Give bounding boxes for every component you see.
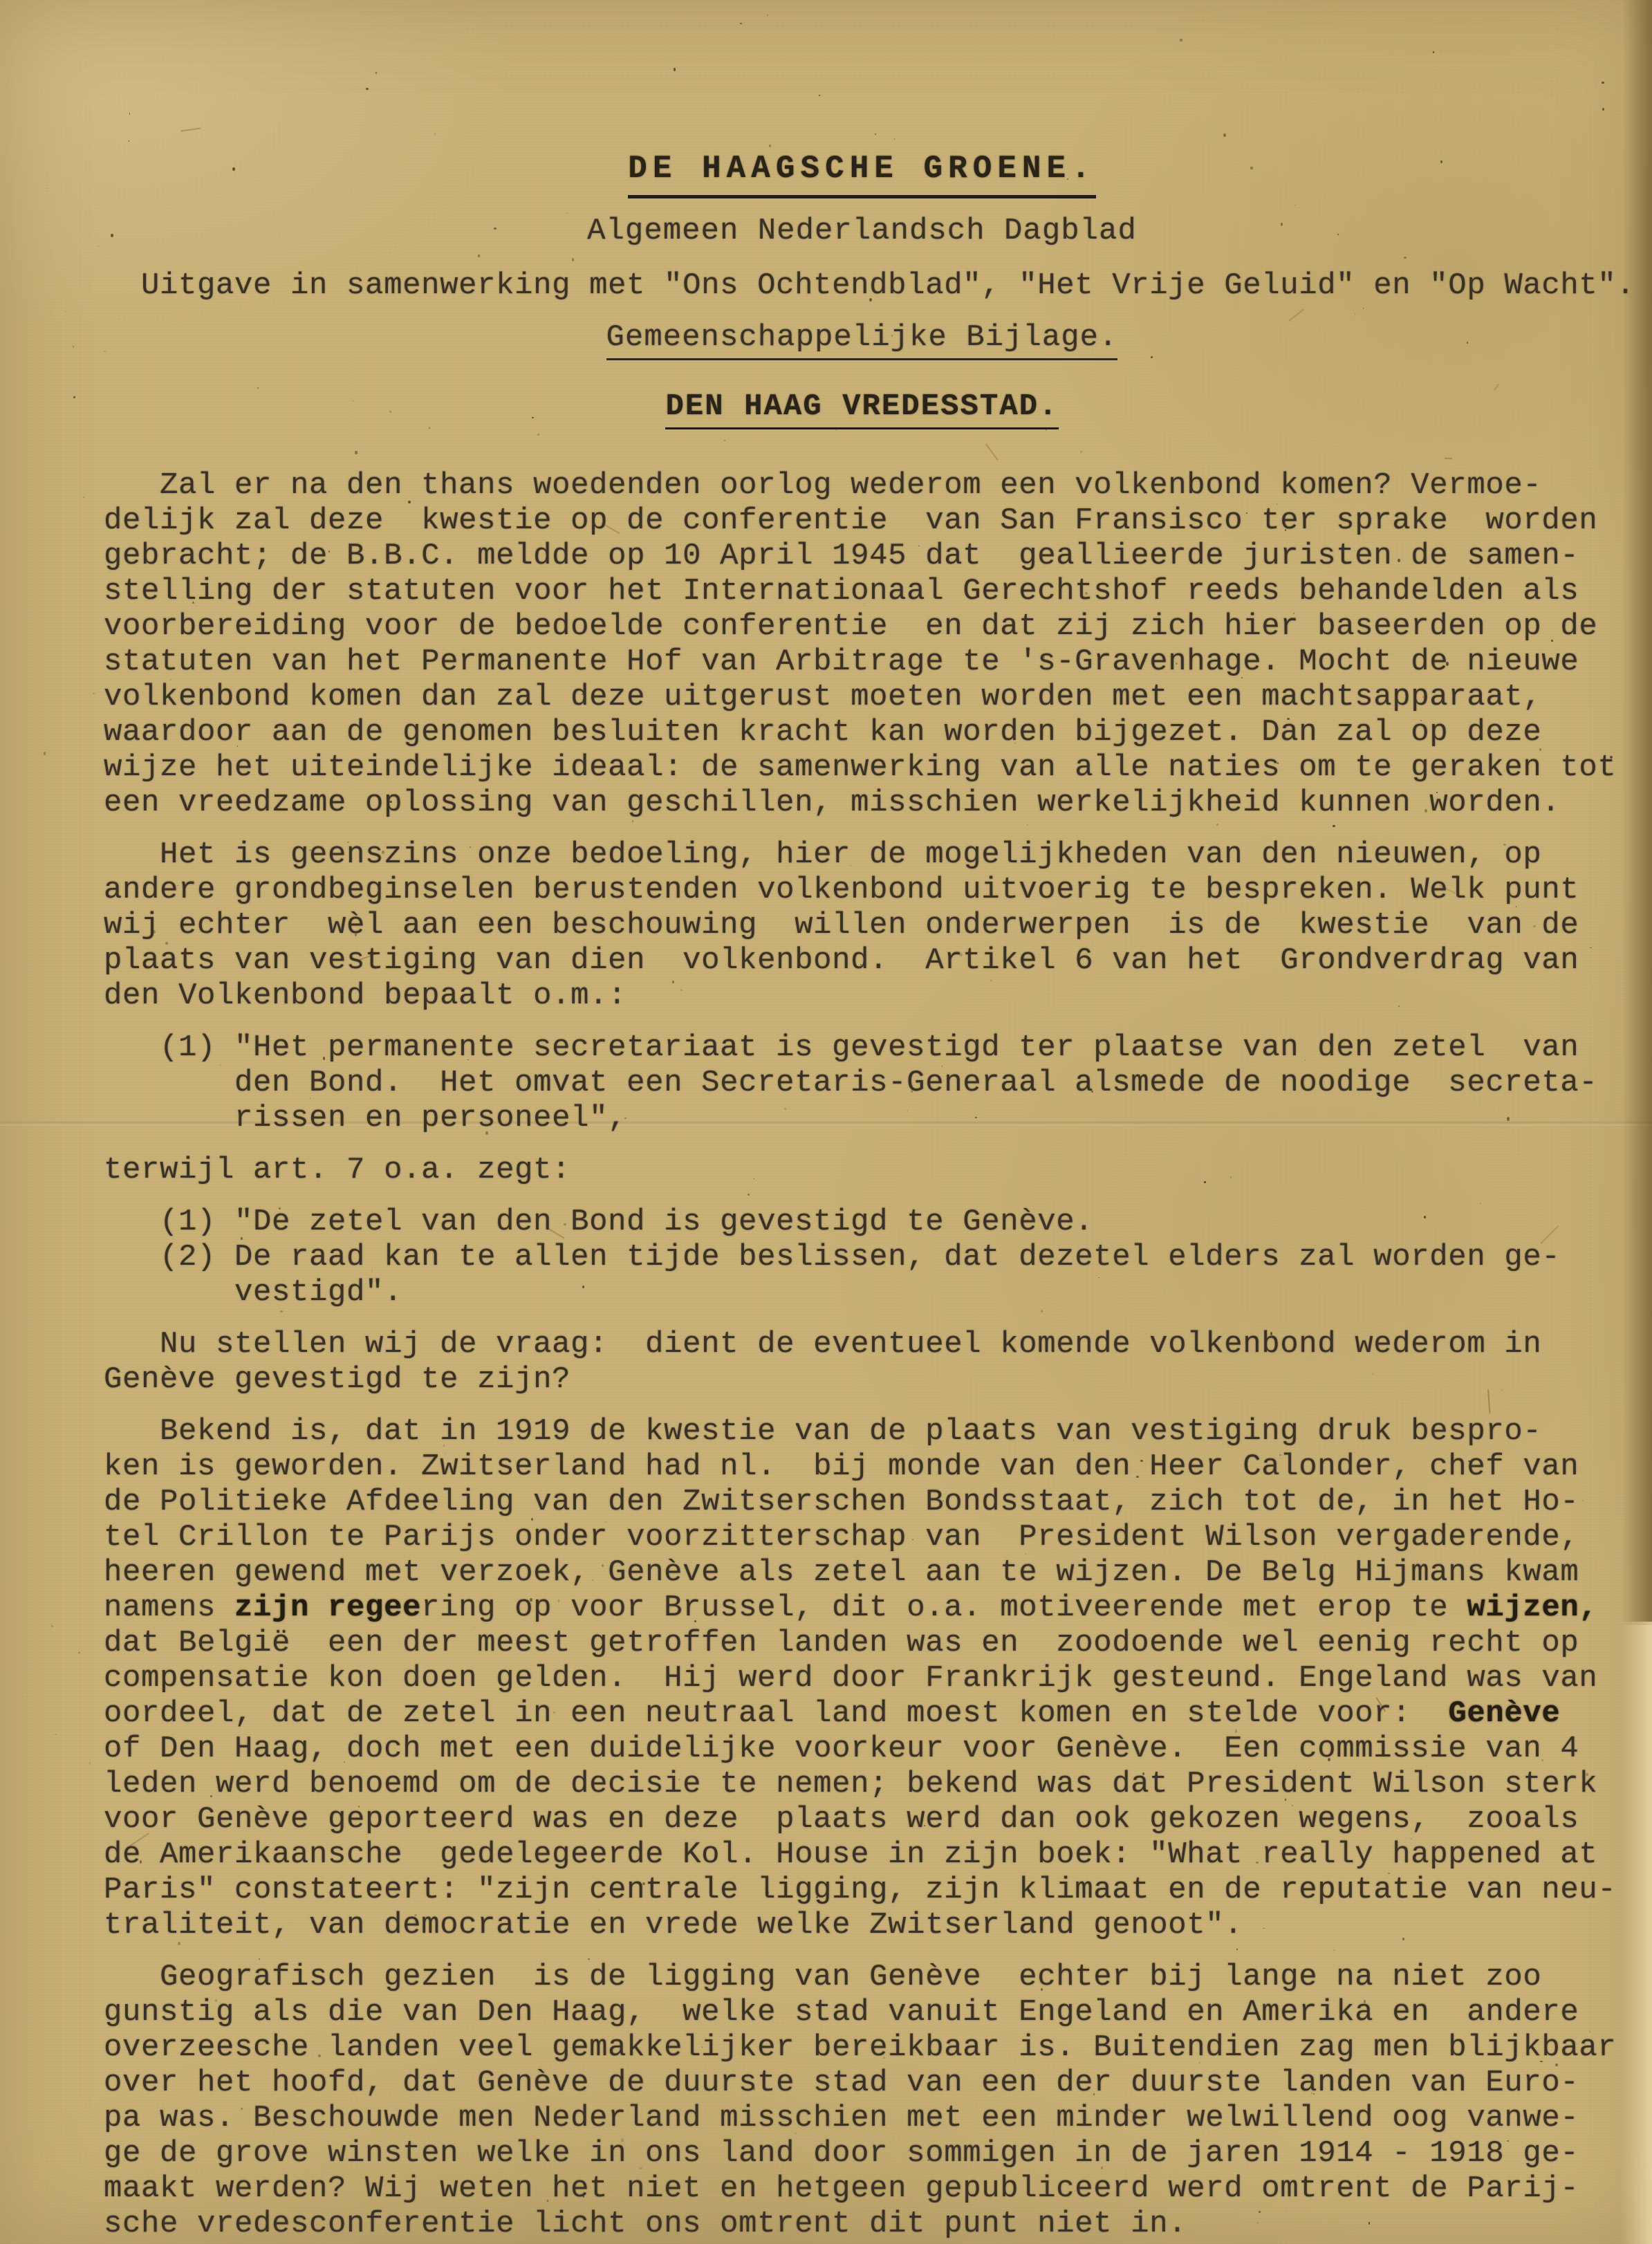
text-line: (1) "De zetel van den Bond is gevestigd … (104, 1205, 1620, 1240)
text-line: oordeel, dat de zetel in een neutraal la… (104, 1696, 1620, 1732)
newspaper-title: DE HAAGSCHE GROENE. (104, 147, 1620, 198)
text-line: de Amerikaansche gedelegeerde Kol. House… (104, 1837, 1620, 1873)
text-line: ken is geworden. Zwitserland had nl. bij… (104, 1449, 1620, 1485)
text-line: rissen en personeel", (104, 1101, 1620, 1136)
text-line: namens zijn regeering op voor Brussel, d… (104, 1591, 1620, 1626)
text-line: waardoor aan de genomen besluiten kracht… (104, 715, 1620, 750)
text-line: delijk zal deze kwestie op de conferenti… (104, 503, 1620, 539)
overstruck-bold-text: wijzen, (1467, 1591, 1597, 1625)
text-line: andere grondbeginselen berustenden volke… (104, 873, 1620, 908)
text-line: vestigd". (104, 1275, 1620, 1310)
text-line: heeren gewend met verzoek, Genève als ze… (104, 1555, 1620, 1591)
paragraph: Nu stellen wij de vraag: dient de eventu… (104, 1327, 1620, 1398)
paragraph: Zal er na den thans woedenden oorlog wed… (104, 468, 1620, 821)
text-line: traliteit, van democratie en vrede welke… (104, 1908, 1620, 1943)
text-line: den Bond. Het omvat een Secretaris-Gener… (104, 1066, 1620, 1101)
overstruck-bold-text: Genève (1448, 1696, 1560, 1731)
text-line: volkenbond komen dan zal deze uitgerust … (104, 680, 1620, 715)
newspaper-subtitle: Algemeen Nederlandsch Dagblad (104, 214, 1620, 249)
text-line: of Den Haag, doch met een duidelijke voo… (104, 1732, 1620, 1767)
text-line: statuten van het Permanente Hof van Arbi… (104, 645, 1620, 680)
text-line: Zal er na den thans woedenden oorlog wed… (104, 468, 1620, 503)
text-line: overzeesche landen veel gemakkelijker be… (104, 2030, 1620, 2066)
text-line: gebracht; de B.B.C. meldde op 10 April 1… (104, 539, 1620, 574)
text-line: (1) "Het permanente secretariaat is geve… (104, 1030, 1620, 1066)
paragraph: Bekend is, dat in 1919 de kwestie van de… (104, 1414, 1620, 1943)
text-line: terwijl art. 7 o.a. zegt: (104, 1153, 1620, 1188)
text-line: voorbereiding voor de bedoelde conferent… (104, 609, 1620, 645)
text-line: sche vredesconferentie licht ons omtrent… (104, 2207, 1620, 2242)
text-line: voor Genève geporteerd was en deze plaat… (104, 1802, 1620, 1837)
text-line: een vreedzame oplossing van geschillen, … (104, 786, 1620, 821)
masthead: DE HAAGSCHE GROENE. Algemeen Nederlandsc… (104, 147, 1620, 360)
text-line: stelling der statuten voor het Internati… (104, 574, 1620, 609)
paragraph: Het is geenszins onze bedoeling, hier de… (104, 837, 1620, 1014)
text-line: Bekend is, dat in 1919 de kwestie van de… (104, 1414, 1620, 1449)
article-body: Zal er na den thans woedenden oorlog wed… (104, 468, 1620, 2242)
document-page: DE HAAGSCHE GROENE. Algemeen Nederlandsc… (0, 0, 1652, 2244)
text-line: tel Crillon te Parijs onder voorzittersc… (104, 1520, 1620, 1555)
paragraph: terwijl art. 7 o.a. zegt: (104, 1153, 1620, 1188)
cooperation-line: Uitgave in samenwerking met "Ons Ochtend… (104, 268, 1620, 304)
supplement-line: Gemeenschappelijke Bijlage. (104, 320, 1620, 360)
text-line: pa was. Beschouwde men Nederland misschi… (104, 2101, 1620, 2136)
paragraph: Geografisch gezien is de ligging van Gen… (104, 1960, 1620, 2242)
text-line: wijze het uiteindelijke ideaal: de samen… (104, 750, 1620, 786)
text-line: wij echter wèl aan een beschouwing wille… (104, 908, 1620, 943)
text-line: den Volkenbond bepaalt o.m.: (104, 979, 1620, 1014)
text-line: de Politieke Afdeeling van den Zwitsersc… (104, 1485, 1620, 1520)
text-line: Paris" constateert: "zijn centrale liggi… (104, 1873, 1620, 1908)
text-line: compensatie kon doen gelden. Hij werd do… (104, 1661, 1620, 1696)
text-line: plaats van vestiging van dien volkenbond… (104, 943, 1620, 979)
text-line: ge de grove winsten welke in ons land do… (104, 2136, 1620, 2171)
text-line: Genève gevestigd te zijn? (104, 1362, 1620, 1398)
quoted-article-text: (1) "De zetel van den Bond is gevestigd … (104, 1205, 1620, 1310)
text-line: maakt werden? Wij weten het niet en hetg… (104, 2171, 1620, 2207)
text-line: (2) De raad kan te allen tijde beslissen… (104, 1240, 1620, 1275)
text-line: Het is geenszins onze bedoeling, hier de… (104, 837, 1620, 873)
article-heading: DEN HAAG VREDESSTAD. (104, 389, 1620, 429)
document-content: DE HAAGSCHE GROENE. Algemeen Nederlandsc… (0, 0, 1652, 2242)
quoted-article-text: (1) "Het permanente secretariaat is geve… (104, 1030, 1620, 1136)
text-line: over het hoofd, dat Genève de duurste st… (104, 2066, 1620, 2101)
text-line: dat België een der meest getroffen lande… (104, 1626, 1620, 1661)
overstruck-bold-text: zijn regee (234, 1591, 421, 1625)
text-line: Nu stellen wij de vraag: dient de eventu… (104, 1327, 1620, 1362)
text-line: gunstig als die van Den Haag, welke stad… (104, 1995, 1620, 2030)
text-line: leden werd benoemd om de decisie te neme… (104, 1767, 1620, 1802)
text-line: Geografisch gezien is de ligging van Gen… (104, 1960, 1620, 1995)
